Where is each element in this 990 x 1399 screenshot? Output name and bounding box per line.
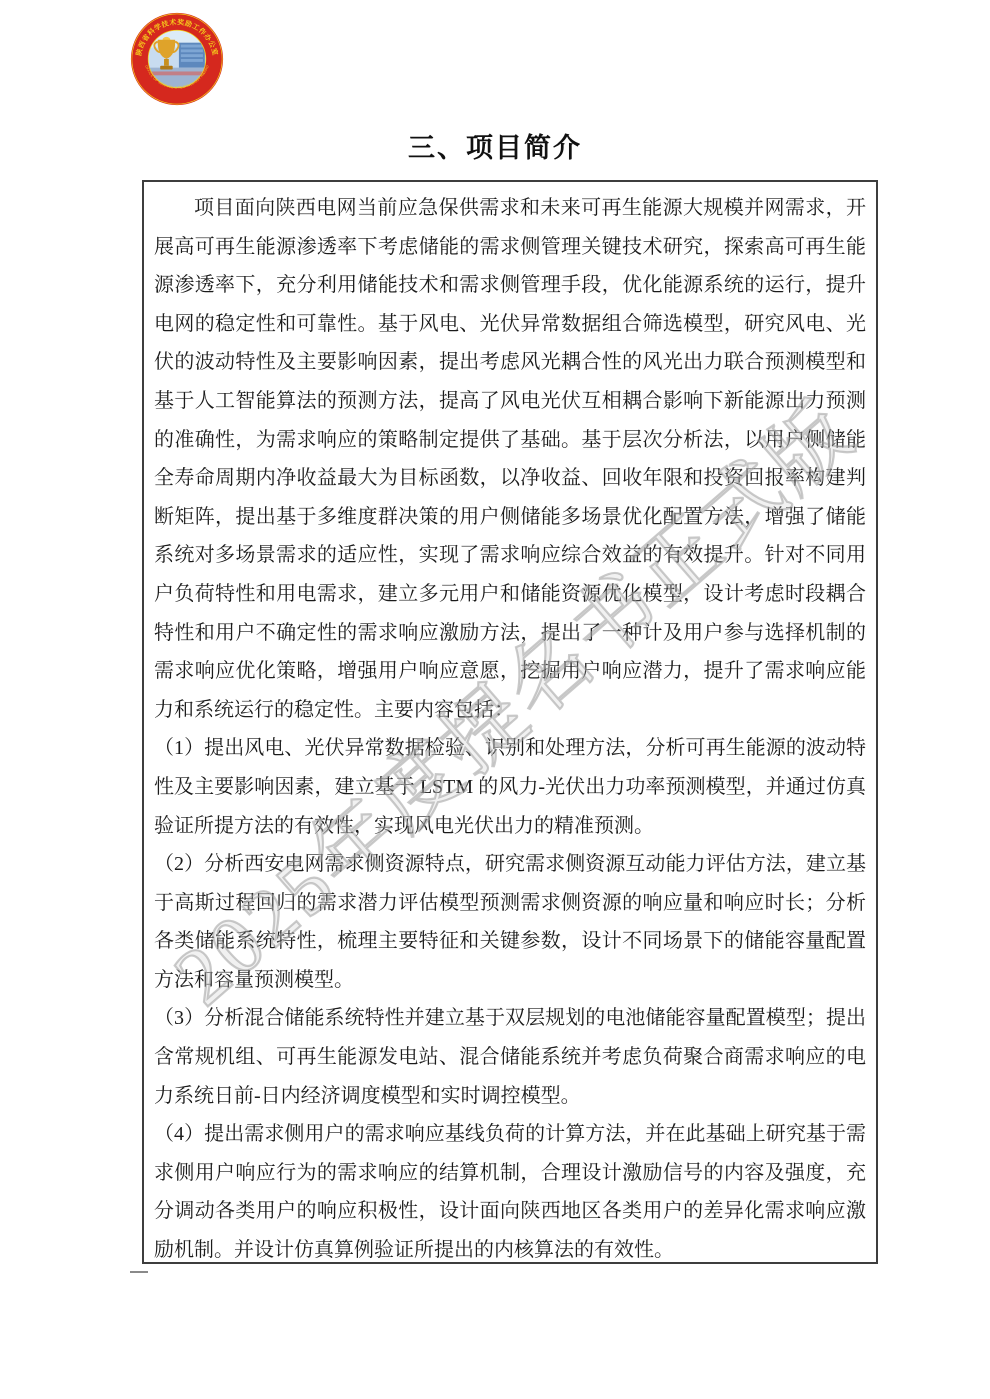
paragraph-item-2: （2）分析西安电网需求侧资源特点，研究需求侧资源互动能力评估方法，建立基于高斯过… — [154, 845, 866, 999]
section-title: 三、项目简介 — [0, 126, 990, 165]
document-page: 陕西省科学技术奖励工作办公室 OFFICE OF SCIENCE & TECHN… — [0, 0, 990, 1399]
seal-graphic: 陕西省科学技术奖励工作办公室 OFFICE OF SCIENCE & TECHN… — [129, 11, 225, 107]
project-summary-box: 项目面向陕西电网当前应急保供需求和未来可再生能源大规模并网需求，开展高可再生能源… — [142, 180, 878, 1264]
paragraph-intro: 项目面向陕西电网当前应急保供需求和未来可再生能源大规模并网需求，开展高可再生能源… — [154, 189, 866, 729]
paragraph-item-3: （3）分析混合储能系统特性并建立基于双层规划的电池储能容量配置模型；提出含常规机… — [154, 999, 866, 1115]
paragraph-item-1: （1）提出风电、光伏异常数据检验、识别和处理方法，分析可再生能源的波动特性及主要… — [154, 729, 866, 845]
paragraph-item-4: （4）提出需求侧用户的需求响应基线负荷的计算方法，并在此基础上研究基于需求侧用户… — [154, 1115, 866, 1264]
organization-seal-logo: 陕西省科学技术奖励工作办公室 OFFICE OF SCIENCE & TECHN… — [129, 11, 225, 107]
table-border-artifact — [130, 1271, 148, 1273]
